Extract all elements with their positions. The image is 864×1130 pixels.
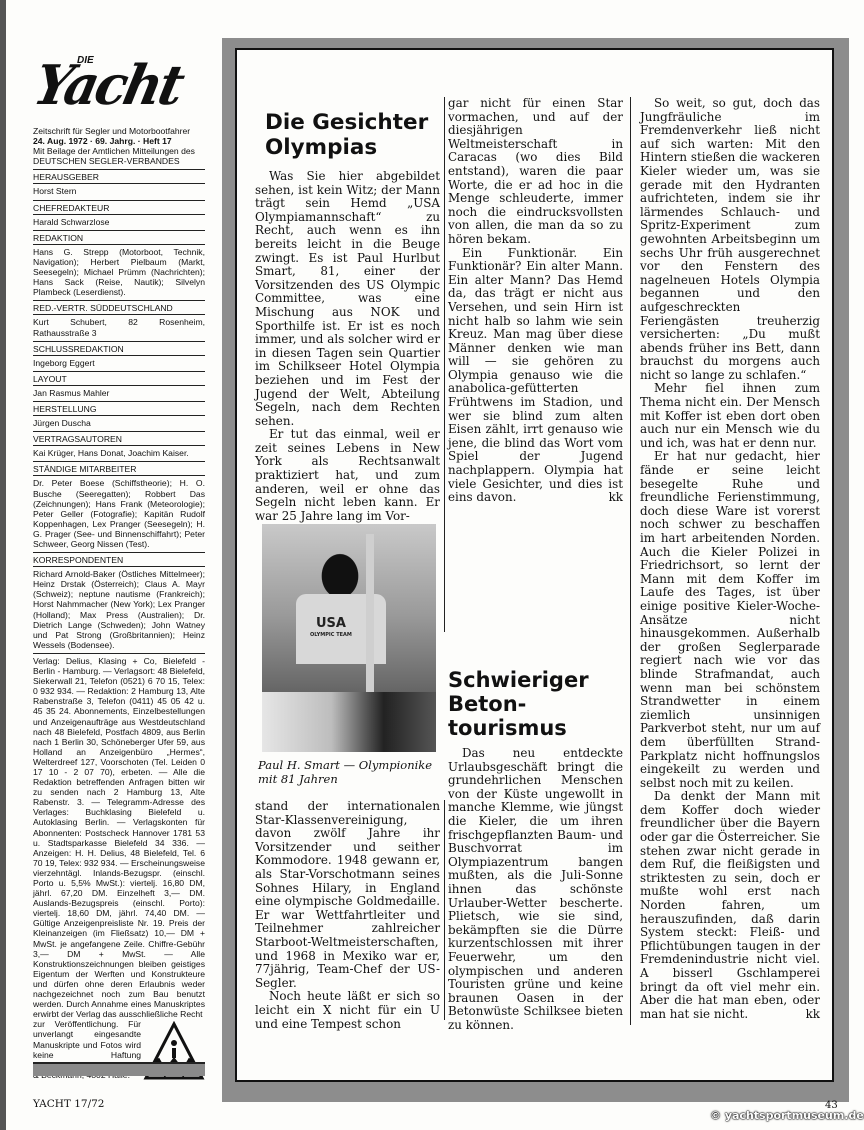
section-red-vertr: RED.-VERTR. SÜDDEUTSCHLAND Kurt Schubert… [33, 300, 205, 337]
section-heading: STÄNDIGE MITARBEITER [33, 464, 205, 476]
section-schlussredaktion: SCHLUSSREDAKTION Ingeborg Eggert [33, 341, 205, 368]
section-body: Hans G. Strepp (Motorboot, Technik, Navi… [33, 247, 205, 297]
author-signature: kk [595, 491, 623, 505]
article-paragraph: gar nicht für einen Star vormachen, und … [448, 97, 623, 247]
section-body: Kai Krüger, Hans Donat, Joachim Kaiser. [33, 448, 205, 458]
article-paragraph: Was Sie hier abgebildet sehen, ist kein … [255, 170, 440, 428]
section-chefredakteur: CHEFREDAKTEUR Harald Schwarzlose [33, 200, 205, 227]
article-paragraph: Das neu entdeckte Urlaubsgeschäft bringt… [448, 747, 623, 1032]
masthead-association: DEUTSCHEN SEGLER-VERBANDES [33, 156, 205, 166]
section-herausgeber: HERAUSGEBER Horst Stern [33, 169, 205, 196]
article-paragraph: stand der internationalen Star-Klassenve… [255, 800, 440, 990]
section-heading: HERSTELLUNG [33, 404, 205, 416]
copyright-watermark: © yachtsportmuseum.de [710, 1109, 864, 1122]
article1-column2: gar nicht für einen Star vormachen, und … [448, 97, 623, 505]
article1-column1-top: Was Sie hier abgebildet sehen, ist kein … [255, 170, 440, 523]
masthead-subtitle: Zeitschrift für Segler und Motorbootfahr… [33, 126, 205, 136]
section-redaktion: REDAKTION Hans G. Strepp (Motorboot, Tec… [33, 230, 205, 298]
author-signature: kk [792, 1008, 820, 1022]
photo-shirt-text: USA [316, 616, 346, 631]
article-paragraph: So weit, so gut, doch das Jungfräuliche … [640, 97, 820, 382]
impressum-sidebar: DIE Yacht Zeitschrift für Segler und Mot… [33, 52, 205, 1081]
column-rule [630, 97, 631, 1025]
yacht-logo: DIE Yacht [33, 52, 205, 120]
article-paragraph-text: Ein Funktionär. Ein Funktionär? Ein alte… [448, 246, 623, 505]
masthead-issue-date: 24. Aug. 1972 · 69. Jahrg. · Heft 17 [33, 136, 205, 146]
section-staendige-mitarbeiter: STÄNDIGE MITARBEITER Dr. Peter Boese (Sc… [33, 461, 205, 549]
article2-column1: Das neu entdeckte Urlaubsgeschäft bringt… [448, 747, 623, 1032]
article1-title: Die Gesichter Olympias [265, 110, 440, 160]
section-heading: CHEFREDAKTEUR [33, 203, 205, 215]
article-paragraph: Mehr fiel ihnen zum Thema nicht ein. Der… [640, 382, 820, 450]
section-heading: VERTRAGSAUTOREN [33, 434, 205, 446]
article-paragraph: Noch heute läßt er sich so leicht ein X … [255, 990, 440, 1031]
section-body: Horst Stern [33, 186, 205, 196]
article1-column1-bottom: stand der internationalen Star-Klassenve… [255, 800, 440, 1031]
section-layout: LAYOUT Jan Rasmus Mahler [33, 371, 205, 398]
article-paragraph-text: Da denkt der Mann mit dem Koffer doch wi… [640, 789, 820, 1021]
section-body: Jürgen Duscha [33, 418, 205, 428]
section-heading: SCHLUSSREDAKTION [33, 344, 205, 356]
section-body: Harald Schwarzlose [33, 217, 205, 227]
section-herstellung: HERSTELLUNG Jürgen Duscha [33, 401, 205, 428]
issue-label: YACHT 17/72 [33, 1098, 105, 1110]
article-paragraph: Da denkt der Mann mit dem Koffer doch wi… [640, 790, 820, 1021]
column-rule [444, 97, 445, 632]
logo-yacht: Yacht [29, 57, 187, 116]
article-paragraph: Er hat nur gedacht, hier fände er seine … [640, 450, 820, 790]
article2-column2: So weit, so gut, doch das Jungfräuliche … [640, 97, 820, 1021]
article-paragraph: Ein Funktionär. Ein Funktionär? Ein alte… [448, 247, 623, 505]
section-heading: REDAKTION [33, 233, 205, 245]
publisher-info: Verlag: Delius, Klasing + Co, Bielefeld … [33, 653, 205, 1019]
section-body: Richard Arnold-Baker (Östliches Mittelme… [33, 569, 205, 650]
masthead-supplement: Mit Beilage der Amtlichen Mitteilungen d… [33, 146, 205, 156]
section-body: Kurt Schubert, 82 Rosenheim, Rathausstra… [33, 317, 205, 337]
section-body: Ingeborg Eggert [33, 358, 205, 368]
section-heading: RED.-VERTR. SÜDDEUTSCHLAND [33, 303, 205, 315]
section-heading: KORRESPONDENTEN [33, 555, 205, 567]
photo-caption: Paul H. Smart — Olympionike mit 81 Jahre… [258, 759, 440, 786]
page-edge-shadow [0, 0, 6, 1130]
section-korrespondenten: KORRESPONDENTEN Richard Arnold-Baker (Ös… [33, 552, 205, 650]
section-body: Jan Rasmus Mahler [33, 388, 205, 398]
section-heading: HERAUSGEBER [33, 172, 205, 184]
column-rule [444, 800, 445, 1020]
section-heading: LAYOUT [33, 374, 205, 386]
photo-shirt-subtext: OLYMPIC TEAM [310, 632, 352, 638]
sidebar-footer-bar [33, 1062, 205, 1076]
section-body: Dr. Peter Boese (Schiffstheorie); H. O. … [33, 478, 205, 549]
article2-title: Schwieriger Beton-tourismus [448, 668, 623, 740]
article-paragraph: Er tut das einmal, weil er zeit seines L… [255, 428, 440, 523]
photo-foreground [262, 692, 436, 752]
masthead: Zeitschrift für Segler und Motorbootfahr… [33, 126, 205, 166]
section-vertragsautoren: VERTRAGSAUTOREN Kai Krüger, Hans Donat, … [33, 431, 205, 458]
photo-paul-smart: USA OLYMPIC TEAM [262, 524, 436, 752]
